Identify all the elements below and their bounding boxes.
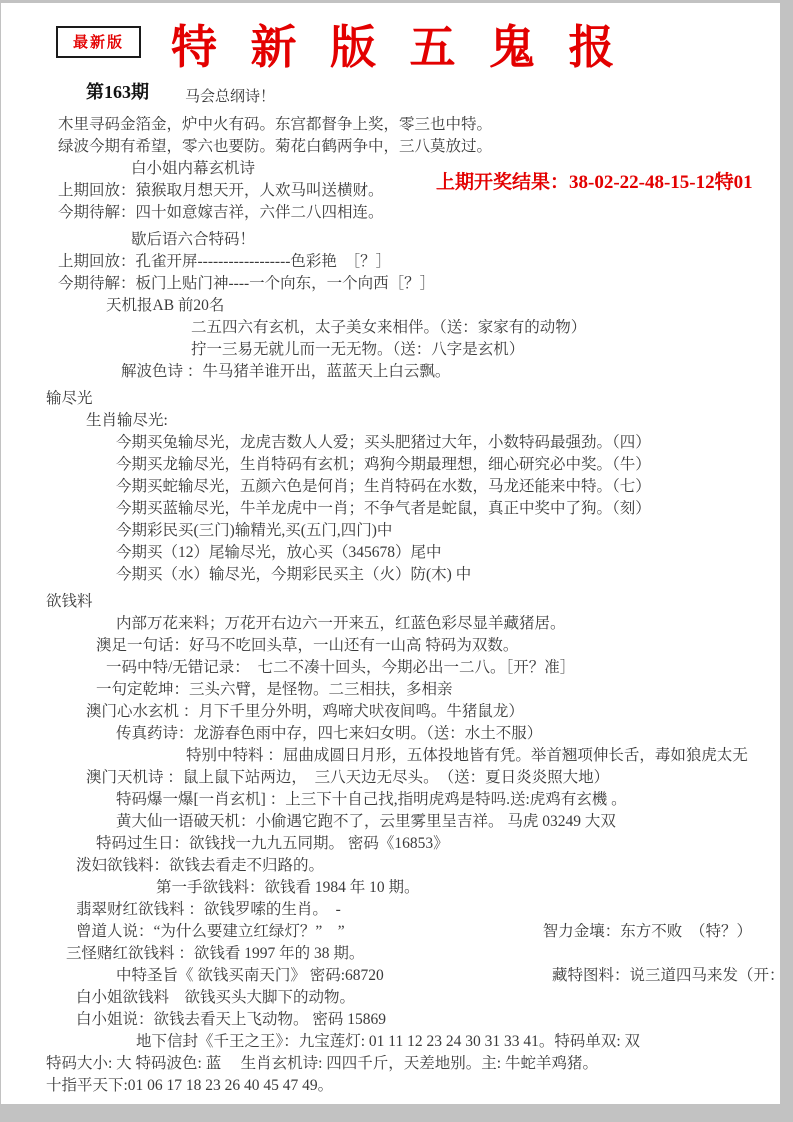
text-line: 歇后语六合特码！ (131, 229, 780, 251)
text-line: 今期彩民买(三门)输精光,买(五门,四门)中 (116, 520, 780, 542)
body-text: 木里寻码金箔金，炉中火有码。东宫都督争上奖，零三也中特。 绿波今期有希望，零六也… (1, 114, 780, 1097)
text-line: 传真药诗：龙游春色雨中存，四七来妇女明。（送：水土不服） (116, 723, 780, 745)
text-line: 十指平天下:01 06 17 18 23 26 40 45 47 49。 (46, 1075, 780, 1097)
text-line: 今期买（水）输尽光，今期彩民买主（火）防(木) 中 (116, 564, 780, 586)
text-line: 今期待解：四十如意嫁吉祥，六伴二八四相连。 (58, 202, 780, 224)
text-line: 上期回放：孔雀开屏------------------色彩艳 ［？］ (58, 251, 780, 273)
section-heading: 欲钱料 (46, 591, 780, 613)
section-heading: 输尽光 (46, 388, 780, 410)
text-line: 解波色诗 ：牛马猪羊谁开出，蓝蓝天上白云飘。 (121, 361, 780, 383)
text-line: 今期买（12）尾输尽光，放心买（345678）尾中 (116, 542, 780, 564)
text-line: 一码中特/无错记录： 七二不凑十回头，今期必出一二八。［开？准］ (106, 657, 780, 679)
text-line: 今期买蛇输尽光，五颜六色是何肖；生肖特码在水数，马龙还能来中特。（七） (116, 476, 780, 498)
text-line: 曾道人说：“为什么要建立红绿灯？” ” 智力金壤：东方不败 （特？） (76, 921, 780, 943)
line-left: 曾道人说：“为什么要建立红绿灯？” ” (76, 921, 345, 943)
text-line: 澳足一句话：好马不吃回头草，一山还有一山高 特码为双数。 (96, 635, 780, 657)
result-banner: 上期开奖结果：38-02-22-48-15-12特01 (436, 167, 753, 194)
edition-badge: 最新版 (56, 26, 141, 58)
text-line: 泼妇欲钱料：欲钱去看走不归路的。 (76, 855, 780, 877)
issue-number: 第163期 (86, 82, 149, 102)
text-line: 第一手欲钱料：欲钱看 1984 年 10 期。 (156, 877, 780, 899)
text-line: 黄大仙一语破天机：小偷遇它跑不了，云里雾里呈吉祥。 马虎 03249 大双 (116, 811, 780, 833)
text-line: 今期买蓝输尽光，牛羊龙虎中一肖；不争气者是蛇鼠，真正中奖中了狗。（刻） (116, 498, 780, 520)
text-line: 拧一三易无就儿而一无无物。（送：八字是玄机） (191, 339, 780, 361)
text-line: 特别中特料 ：屈曲成圆日月形，五体投地皆有凭。举首翘项伸长舌，毒如狼虎太无 (186, 745, 780, 767)
line-left: 中特圣旨《 欲钱买南天门》 密码:68720 (116, 965, 384, 987)
text-line: 今期买龙输尽光，生肖特码有玄机；鸡狗今期最理想，细心研究必中奖。（牛） (116, 454, 780, 476)
line-right: 智力金壤：东方不败 （特？） (543, 921, 752, 943)
text-line: 澳门心水玄机 ：月下千里分外明，鸡啼犬吠夜间鸣。牛猪鼠龙） (86, 701, 780, 723)
text-line: 特码爆一爆[一肖玄机] ：上三下十自己找,指明虎鸡是特吗.送:虎鸡有玄機 。 (116, 789, 780, 811)
text-line: 绿波今期有希望，零六也要防。菊花白鹤两争中，三八莫放过。 (58, 136, 780, 158)
text-line: 木里寻码金箔金，炉中火有码。东宫都督争上奖，零三也中特。 (58, 114, 780, 136)
issue-subtitle: 马会总纲诗！ (185, 89, 275, 105)
text-line: 天机报AB 前20名 (106, 295, 780, 317)
text-line: 翡翠财红欲钱料 ：欲钱罗嗦的生肖。 - (76, 899, 780, 921)
text-line: 特码大小: 大 特码波色: 蓝 生肖玄机诗: 四四千斤，天差地别。主: 牛蛇羊鸡… (46, 1053, 780, 1075)
text-line: 地下信封《千王之王》：九宝莲灯: 01 11 12 23 24 30 31 33… (136, 1031, 780, 1053)
issue-row: 第163期 马会总纲诗！ (1, 78, 780, 104)
line-right: 藏特图料：说三道四马来发（开：？ (552, 965, 780, 987)
text-line: 白小姐欲钱料 欲钱买头大脚下的动物。 (76, 987, 780, 1009)
text-line: 三怪赌红欲钱料 ：欲钱看 1997 年的 38 期。 (66, 943, 780, 965)
text-line: 白小姐说：欲钱去看天上飞动物。 密码 15869 (76, 1009, 780, 1031)
text-line: 一句定乾坤：三头六臂，是怪物。二三相扶，多相亲 (96, 679, 780, 701)
document-page: 最新版 特 新 版 五 鬼 报 第163期 马会总纲诗！ 上期开奖结果：38-0… (1, 3, 780, 1104)
text-line: 内部万花来料；万花开右边六一开来五，红蓝色彩尽显羊藏猪居。 (116, 613, 780, 635)
text-line: 生肖输尽光: (86, 410, 780, 432)
text-line: 中特圣旨《 欲钱买南天门》 密码:68720 藏特图料：说三道四马来发（开：？ (116, 965, 780, 987)
text-line: 今期买兔输尽光，龙虎吉数人人爱；买头肥猪过大年，小数特码最强劲。（四） (116, 432, 780, 454)
text-line: 澳门天机诗 ：鼠上鼠下站两边， 三八天边无尽头。 （送：夏日炎炎照大地） (86, 767, 780, 789)
text-line: 今期待解：板门上贴门神----一个向东，一个向西［？］ (58, 273, 780, 295)
text-line: 特码过生日：欲钱找一九九五同期。 密码《16853》 (96, 833, 780, 855)
text-line: 二五四六有玄机，太子美女来相伴。（送：家家有的动物） (191, 317, 780, 339)
